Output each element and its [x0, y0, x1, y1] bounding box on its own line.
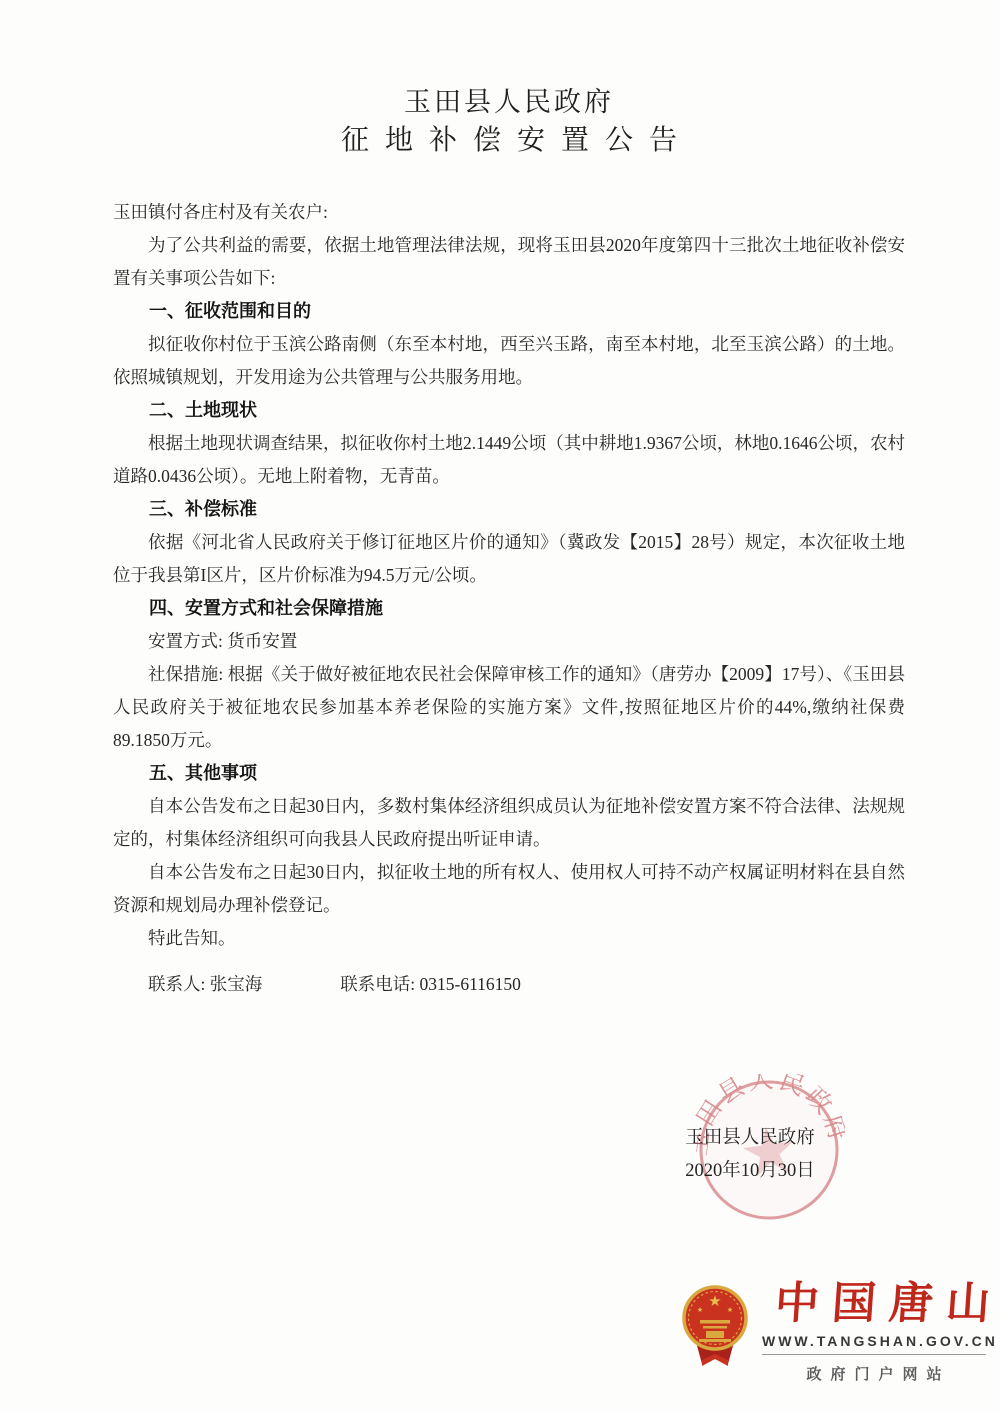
section-5-paragraph-registration: 自本公告发布之日起30日内，拟征收土地的所有权人、使用权人可持不动产权属证明材料… — [113, 856, 905, 922]
svg-text:★: ★ — [708, 1294, 721, 1310]
scanned-announcement-page: 玉田县人民政府 征地补偿安置公告 玉田镇付各庄村及有关农户: 为了公共利益的需要… — [0, 0, 1000, 1411]
issuer-title: 玉田县人民政府 — [113, 84, 905, 120]
document-title: 征地补偿安置公告 — [113, 122, 905, 160]
section-5-heading: 五、其他事项 — [113, 757, 905, 790]
section-4-paragraph-social-security: 社保措施: 根据《关于做好被征地农民社会保障审核工作的通知》（唐劳办【2009】… — [113, 658, 905, 757]
section-3-heading: 三、补偿标准 — [113, 493, 905, 526]
signature-date: 2020年10月30日 — [655, 1155, 845, 1188]
portal-tagline: 政府门户网站 — [762, 1363, 986, 1384]
section-2-paragraph: 根据土地现状调查结果，拟征收你村土地2.1449公顷（其中耕地1.9367公顷，… — [113, 427, 905, 493]
china-national-emblem-icon: ★ ★ ★ — [682, 1284, 748, 1370]
contact-phone-label: 联系电话: — [340, 974, 419, 994]
section-1-paragraph: 拟征收你村位于玉滨公路南侧（东至本村地，西至兴玉路，南至本村地，北至玉滨公路）的… — [113, 328, 905, 394]
portal-brand-stack: 中国唐山 WWW.TANGSHAN.GOV.CN 政府门户网站 — [762, 1278, 986, 1384]
announcement-text: 玉田镇付各庄村及有关农户: 为了公共利益的需要，依据土地管理法律法规，现将玉田县… — [113, 196, 905, 1001]
section-5-paragraph-hearing: 自本公告发布之日起30日内，多数村集体经济组织成员认为征地补偿安置方案不符合法律… — [113, 790, 905, 856]
signature-block: 玉田县人民政府 2020年10月30日 — [655, 1122, 845, 1188]
contact-line: 联系人: 张宝海联系电话: 0315-6116150 — [113, 968, 905, 1001]
portal-brand-name: 中国唐山 — [760, 1278, 988, 1330]
section-4-heading: 四、安置方式和社会保障措施 — [113, 592, 905, 625]
contact-phone-number: 0315-6116150 — [420, 974, 521, 994]
portal-divider — [762, 1354, 986, 1355]
section-4-paragraph-resettlement: 安置方式: 货币安置 — [113, 625, 905, 658]
section-2-heading: 二、土地现状 — [113, 394, 905, 427]
contact-person-name: 张宝海 — [210, 974, 263, 994]
closing-notice: 特此告知。 — [113, 922, 905, 955]
salutation: 玉田镇付各庄村及有关农户: — [113, 196, 905, 229]
svg-text:★: ★ — [727, 1306, 733, 1314]
portal-url: WWW.TANGSHAN.GOV.CN — [762, 1333, 986, 1349]
contact-person-label: 联系人: — [148, 974, 210, 994]
section-3-paragraph: 依据《河北省人民政府关于修订征地区片价的通知》（冀政发【2015】28号）规定，… — [113, 526, 905, 592]
intro-paragraph: 为了公共利益的需要，依据土地管理法律法规，现将玉田县2020年度第四十三批次土地… — [113, 229, 905, 295]
document-body: 玉田县人民政府 征地补偿安置公告 玉田镇付各庄村及有关农户: 为了公共利益的需要… — [113, 84, 905, 1001]
signature-issuer: 玉田县人民政府 — [655, 1122, 845, 1155]
portal-logo-block: ★ ★ ★ 中国唐山 WWW.TANGSHAN.GOV.CN 政府门户网站 — [682, 1278, 986, 1384]
svg-text:★: ★ — [697, 1306, 703, 1314]
section-1-heading: 一、征收范围和目的 — [113, 295, 905, 328]
